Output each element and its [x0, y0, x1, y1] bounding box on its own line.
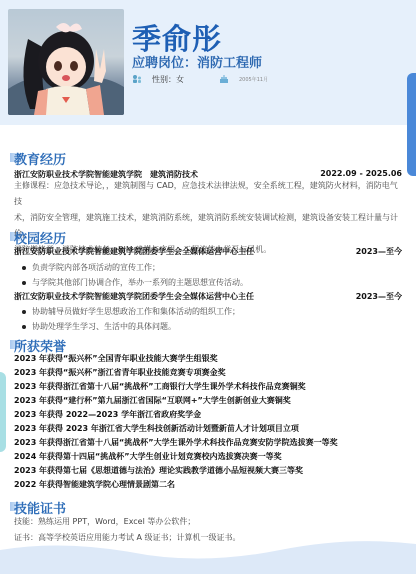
honor-item: 2023 年获得浙江省第十八届“挑战杯”工商银行大学生课外学术科技作品竞赛铜奖 — [14, 381, 306, 392]
avatar-illustration — [8, 9, 124, 115]
gender-text: 性别：女 — [152, 74, 184, 85]
campus-bullet: 负责学院内部各项活动的宣传工作； — [22, 262, 160, 273]
honor-item: 2023 年获得“振兴杯”全国青年职业技能大赛学生组银奖 — [14, 353, 218, 364]
honor-item: 2023 年获得 2022—2023 学年浙江省政府奖学金 — [14, 409, 201, 420]
campus-bullet: 协助处理学生学习、生活中的具体问题。 — [22, 321, 176, 332]
birth-text: 2005年11月 — [239, 76, 268, 83]
campus-bullet: 协助辅导员做好学生思想政治工作和集体活动的组织工作； — [22, 306, 240, 317]
campus-period: 2023—至今 — [356, 246, 402, 257]
person-icon — [132, 74, 142, 84]
section-title-campus: 校园经历 — [14, 228, 66, 247]
section-title-education: 教育经历 — [14, 149, 66, 168]
campus-role: 浙江安防职业技术学院智能建筑学院团委学生会全媒体运营中心主任 — [14, 246, 254, 257]
campus-bullet: 与学院其他部门协调合作，举办一系列的主题思想宣传活动。 — [22, 277, 248, 288]
decorative-right-bar — [407, 73, 416, 176]
header: 季俞彤 应聘岗位：消防工程师 性别：女 2005年11月 — [0, 0, 416, 125]
cake-icon — [219, 74, 229, 84]
honor-item: 2024 年获得第十四届“挑战杯”大学生创业计划竞赛校内选拔赛决赛一等奖 — [14, 451, 282, 462]
section-title-skills: 技能证书 — [14, 498, 66, 517]
avatar — [8, 9, 124, 115]
campus-role: 浙江安防职业技术学院智能建筑学院团委学生会全媒体运营中心主任 — [14, 291, 254, 302]
honor-item: 2023 年获得 2023 年浙江省大学生科技创新活动计划暨新苗人才计划项目立项 — [14, 423, 299, 434]
job-title: 应聘岗位：消防工程师 — [132, 52, 262, 71]
campus-period: 2023—至今 — [356, 291, 402, 302]
gender-info: 性别：女 — [132, 72, 184, 86]
education-period: 2022.09 - 2025.06 — [320, 169, 402, 178]
birth-info: 2005年11月 — [219, 72, 268, 86]
decorative-wave — [0, 538, 416, 574]
honor-item: 2023 年获得第七届《思想道德与法治》理论实践教学道德小品短视频大赛三等奖 — [14, 465, 303, 476]
honor-item: 2022 年获得智能建筑学院心理情景剧第二名 — [14, 479, 175, 490]
honor-item: 2023 年获得“建行杯”第九届浙江省国际“互联网+”大学生创新创业大赛铜奖 — [14, 395, 291, 406]
honor-item: 2023 年获得浙江省第十八届“挑战杯”大学生课外学术科技作品竞赛安防学院选拔赛… — [14, 437, 338, 448]
honor-item: 2023 年获得“振兴杯”浙江省青年职业技能竞赛专项赛金奖 — [14, 367, 226, 378]
skill-item: 技能：熟练运用 PPT，Word，Excel 等办公软件； — [14, 516, 195, 527]
decorative-left-bar — [0, 372, 6, 452]
